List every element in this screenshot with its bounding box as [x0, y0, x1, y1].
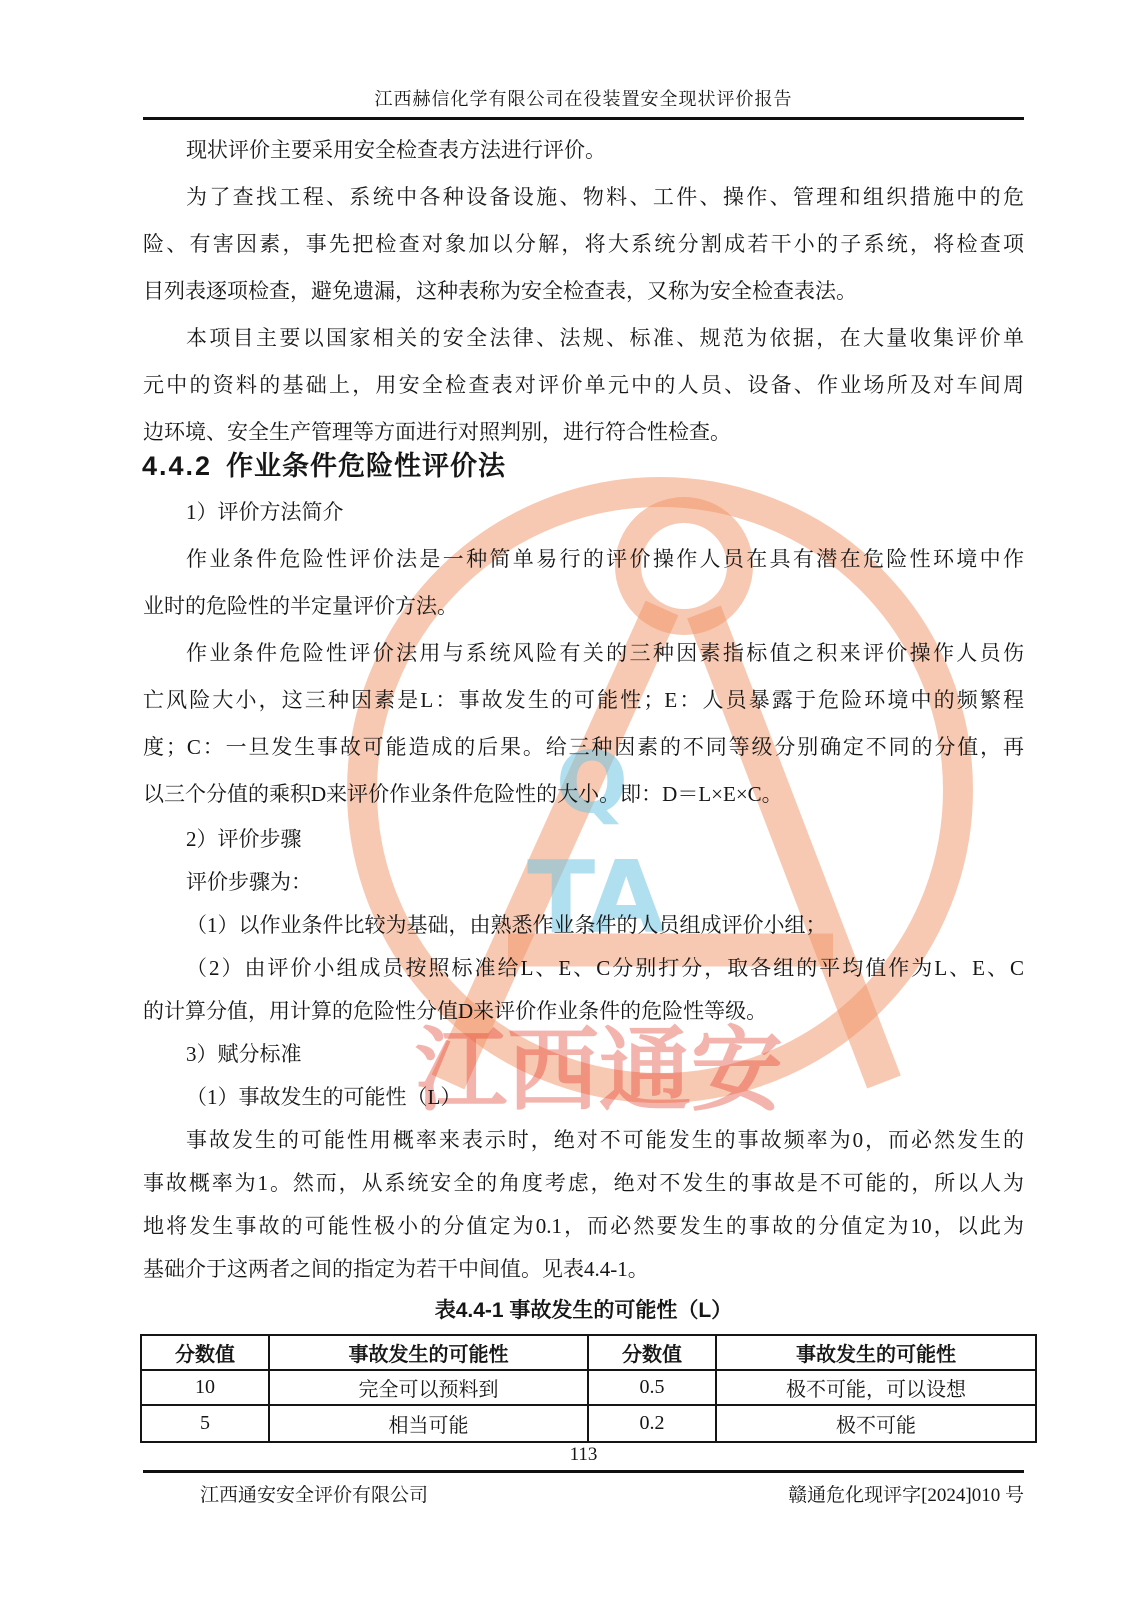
table-row: 10 完全可以预料到 0.5 极不可能，可以设想	[141, 1370, 1036, 1405]
table-cell: 10	[141, 1370, 269, 1405]
body-line: 3）赋分标准	[143, 1033, 1024, 1076]
table-cell: 5	[141, 1405, 269, 1442]
table-title: 表4.4-1 事故发生的可能性（L）	[143, 1294, 1024, 1328]
body-line: 险、有害因素，事先把检查对象加以分解，将大系统分割成若干小的子系统，将检查项	[143, 221, 1024, 268]
body-line: 作业条件危险性评价法用与系统风险有关的三种因素指标值之积来评价操作人员伤	[143, 630, 1024, 677]
table-row: 5 相当可能 0.2 极不可能	[141, 1405, 1036, 1442]
table-cell: 极不可能	[716, 1405, 1036, 1442]
body-line: 1）评价方法简介	[143, 489, 1024, 536]
section-heading: 4.4.2作业条件危险性评价法	[142, 444, 506, 488]
method-intro-paragraphs: 1）评价方法简介 作业条件危险性评价法是一种简单易行的评价操作人员在具有潜在危险…	[143, 489, 1024, 818]
footer-rule	[143, 1470, 1024, 1473]
body-line: 事故概率为1。然而，从系统安全的角度考虑，绝对不发生的事故是不可能的，所以人为	[143, 1162, 1024, 1205]
body-line: 事故发生的可能性用概率来表示时，绝对不可能发生的事故频率为0，而必然发生的	[143, 1119, 1024, 1162]
section-title: 作业条件危险性评价法	[226, 451, 506, 481]
table-header-cell: 分数值	[588, 1335, 716, 1370]
body-line: 现状评价主要采用安全检查表方法进行评价。	[143, 127, 1024, 174]
document-page: Q TA 江西通安 江西赫信化学有限公司在役装置安全现状评价报告 现状评价主要采…	[0, 0, 1131, 1600]
table-cell: 相当可能	[269, 1405, 588, 1442]
body-line: 业时的危险性的半定量评价方法。	[143, 583, 1024, 630]
body-line: （2）由评价小组成员按照标准给L、E、C分别打分，取各组的平均值作为L、E、C	[143, 947, 1024, 990]
table-header-row: 分数值 事故发生的可能性 分数值 事故发生的可能性	[141, 1335, 1036, 1370]
body-line: （1）以作业条件比较为基础，由熟悉作业条件的人员组成评价小组；	[143, 904, 1024, 947]
body-line: 2）评价步骤	[143, 818, 1024, 861]
body-line: 为了查找工程、系统中各种设备设施、物料、工件、操作、管理和组织措施中的危	[143, 174, 1024, 221]
body-line: 元中的资料的基础上，用安全检查表对评价单元中的人员、设备、作业场所及对车间周	[143, 362, 1024, 409]
table-header-cell: 事故发生的可能性	[269, 1335, 588, 1370]
page-number: 113	[143, 1444, 1024, 1466]
body-line: 的计算分值，用计算的危险性分值D来评价作业条件的危险性等级。	[143, 990, 1024, 1033]
table-header-cell: 事故发生的可能性	[716, 1335, 1036, 1370]
body-line: 本项目主要以国家相关的安全法律、法规、标准、规范为依据，在大量收集评价单	[143, 315, 1024, 362]
table-cell: 完全可以预料到	[269, 1370, 588, 1405]
table-header-cell: 分数值	[141, 1335, 269, 1370]
table-cell: 0.2	[588, 1405, 716, 1442]
body-line: 度；C：一旦发生事故可能造成的后果。给三种因素的不同等级分别确定不同的分值，再	[143, 724, 1024, 771]
probability-table: 分数值 事故发生的可能性 分数值 事故发生的可能性 10 完全可以预料到 0.5…	[140, 1334, 1037, 1443]
steps-and-scoring-paragraphs: 2）评价步骤 评价步骤为： （1）以作业条件比较为基础，由熟悉作业条件的人员组成…	[143, 818, 1024, 1291]
body-line: 基础介于这两者之间的指定为若干中间值。见表4.4-1。	[143, 1248, 1024, 1291]
body-line: 评价步骤为：	[143, 861, 1024, 904]
report-header-title: 江西赫信化学有限公司在役装置安全现状评价报告	[143, 85, 1024, 111]
header-rule	[143, 117, 1024, 120]
section-number: 4.4.2	[142, 451, 212, 481]
table-cell: 极不可能，可以设想	[716, 1370, 1036, 1405]
body-line: （1）事故发生的可能性（L）	[143, 1076, 1024, 1119]
body-line: 目列表逐项检查，避免遗漏，这种表称为安全检查表，又称为安全检查表法。	[143, 268, 1024, 315]
body-line: 作业条件危险性评价法是一种简单易行的评价操作人员在具有潜在危险性环境中作	[143, 536, 1024, 583]
body-line: 地将发生事故的可能性极小的分值定为0.1，而必然要发生的事故的分值定为10，以此…	[143, 1205, 1024, 1248]
body-line: 亡风险大小，这三种因素是L：事故发生的可能性；E：人员暴露于危险环境中的频繁程	[143, 677, 1024, 724]
body-line: 以三个分值的乘积D来评价作业条件危险性的大小。即：D＝L×E×C。	[143, 771, 1024, 818]
footer-doc-number: 赣通危化现评字[2024]010 号	[788, 1480, 1024, 1507]
intro-paragraphs: 现状评价主要采用安全检查表方法进行评价。 为了查找工程、系统中各种设备设施、物料…	[143, 127, 1024, 456]
footer-company: 江西通安安全评价有限公司	[200, 1480, 428, 1507]
table-cell: 0.5	[588, 1370, 716, 1405]
